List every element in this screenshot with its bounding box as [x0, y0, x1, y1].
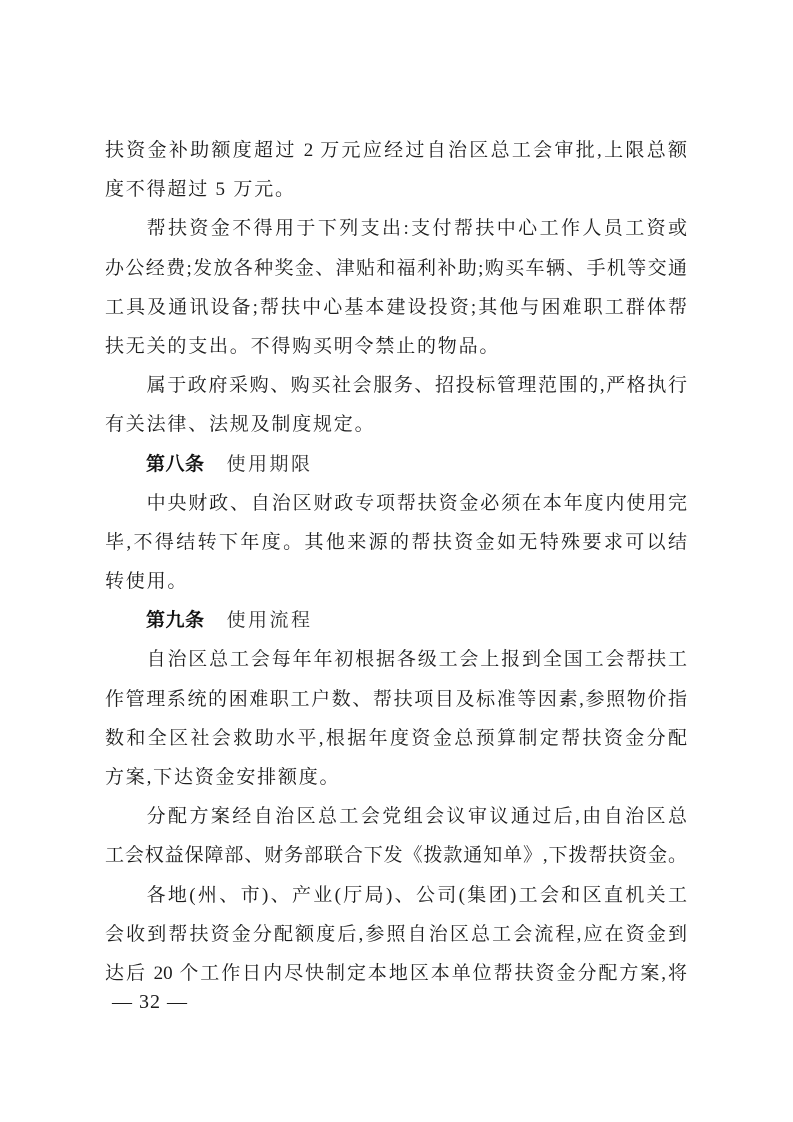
text-line: 工具及通讯设备;帮扶中心基本建设投资;其他与困难职工群体帮: [105, 288, 687, 327]
text-line: 自治区总工会每年年初根据各级工会上报到全国工会帮扶工: [105, 640, 687, 679]
text-line: 毕,不得结转下年度。其他来源的帮扶资金如无特殊要求可以结: [105, 523, 687, 562]
paragraph: 帮扶资金不得用于下列支出:支付帮扶中心工作人员工资或 办公经费;发放各种奖金、津…: [105, 209, 687, 366]
paragraph: 分配方案经自治区总工会党组会议审议通过后,由自治区总 工会权益保障部、财务部联合…: [105, 797, 687, 875]
text-line: 分配方案经自治区总工会党组会议审议通过后,由自治区总: [105, 797, 687, 836]
paragraph: 自治区总工会每年年初根据各级工会上报到全国工会帮扶工 作管理系统的困难职工户数、…: [105, 640, 687, 797]
text-line: 会收到帮扶资金分配额度后,参照自治区总工会流程,应在资金到: [105, 915, 687, 954]
body-text: 扶资金补助额度超过 2 万元应经过自治区总工会审批,上限总额 度不得超过 5 万…: [105, 131, 687, 993]
text-line: 工会权益保障部、财务部联合下发《拨款通知单》,下拨帮扶资金。: [105, 836, 687, 875]
text-line: 办公经费;发放各种奖金、津贴和福利补助;购买车辆、手机等交通: [105, 249, 687, 288]
article-heading: 第八条使用期限: [105, 445, 687, 484]
document-page: 扶资金补助额度超过 2 万元应经过自治区总工会审批,上限总额 度不得超过 5 万…: [0, 0, 793, 1122]
text-line: 扶资金补助额度超过 2 万元应经过自治区总工会审批,上限总额: [105, 131, 687, 170]
article-number: 第九条: [146, 609, 205, 631]
text-line: 属于政府采购、购买社会服务、招投标管理范围的,严格执行: [105, 366, 687, 405]
paragraph: 中央财政、自治区财政专项帮扶资金必须在本年度内使用完 毕,不得结转下年度。其他来…: [105, 484, 687, 602]
article-number: 第八条: [146, 453, 205, 475]
text-line: 方案,下达资金安排额度。: [105, 758, 687, 797]
text-line: 各地(州、市)、产业(厅局)、公司(集团)工会和区直机关工: [105, 876, 687, 915]
text-line: 转使用。: [105, 562, 687, 601]
text-line: 帮扶资金不得用于下列支出:支付帮扶中心工作人员工资或: [105, 209, 687, 248]
paragraph: 各地(州、市)、产业(厅局)、公司(集团)工会和区直机关工 会收到帮扶资金分配额…: [105, 876, 687, 994]
article-title: 使用期限: [227, 454, 313, 475]
article-title: 使用流程: [227, 610, 313, 631]
text-line: 扶无关的支出。不得购买明令禁止的物品。: [105, 327, 687, 366]
paragraph: 扶资金补助额度超过 2 万元应经过自治区总工会审批,上限总额 度不得超过 5 万…: [105, 131, 687, 209]
text-line: 达后 20 个工作日内尽快制定本地区本单位帮扶资金分配方案,将: [105, 954, 687, 993]
paragraph: 属于政府采购、购买社会服务、招投标管理范围的,严格执行 有关法律、法规及制度规定…: [105, 366, 687, 444]
page-number: — 32 —: [112, 990, 188, 1014]
text-line: 中央财政、自治区财政专项帮扶资金必须在本年度内使用完: [105, 484, 687, 523]
article-heading: 第九条使用流程: [105, 601, 687, 640]
text-line: 有关法律、法规及制度规定。: [105, 405, 687, 444]
text-line: 数和全区社会救助水平,根据年度资金总预算制定帮扶资金分配: [105, 719, 687, 758]
text-line: 作管理系统的困难职工户数、帮扶项目及标准等因素,参照物价指: [105, 680, 687, 719]
text-line: 度不得超过 5 万元。: [105, 170, 687, 209]
